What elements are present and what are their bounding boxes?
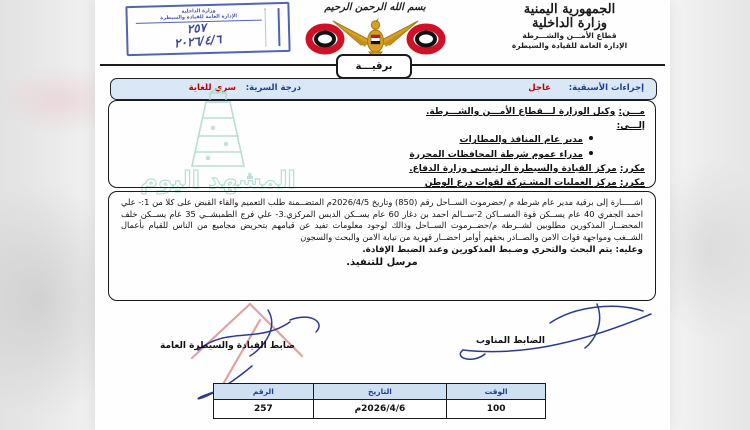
letterhead: الجمهورية اليمنية وزارة الداخلية قطاع ال… [477, 3, 662, 51]
to-item-label: مدير عام المنافذ والمطارات [460, 135, 583, 145]
registry-stamp: وزارة الداخلية الإدارة العامة للقيادة وا… [125, 2, 290, 56]
stamp-divider [264, 8, 280, 46]
letterhead-administration: الإدارة العامة للقيادة والسيطرة [477, 41, 662, 51]
letterhead-ministry: وزارة الداخلية [477, 17, 662, 31]
command-officer-title: ضابط القيادة والسيطرة العامة [160, 341, 295, 351]
duty-officer-title: الضابط المناوب [476, 336, 545, 346]
bullet-icon [589, 151, 593, 155]
col-date-header: التاريخ [313, 384, 447, 400]
col-number-header: الرقم [214, 384, 314, 400]
registry-table-row: 100 2026/4/6م 257 [214, 400, 546, 419]
cc-value: مركز العمليات المشـتركة لقوات درع الوطن [425, 178, 617, 188]
cc-label: مكرر: [620, 178, 645, 188]
cc-row: مكرر: مركز العمليات المشـتركة لقوات درع … [119, 176, 645, 190]
bullet-icon [589, 136, 593, 140]
cc-label: مكرر: [620, 164, 645, 174]
dispatch-line: مرسل للتنفيذ. [121, 257, 643, 268]
to-item-label: مدراء عموم شرطة المحافظات المحررة [409, 150, 583, 160]
letterhead-country: الجمهورية اليمنية [477, 3, 662, 17]
eagle-icon [333, 18, 418, 59]
number-value: 257 [214, 400, 314, 419]
body-paragraph: اشـــــارة إلى برقية مدير عام شرطة م /حض… [121, 197, 643, 243]
document-photo: وزارة الداخلية الإدارة العامة للقيادة وا… [0, 0, 750, 430]
to-row: إلـــى: [119, 119, 645, 133]
to-item: مدراء عموم شرطة المحافظات المحررة [119, 148, 645, 162]
doc-type-badge: برقيـــة [336, 54, 412, 79]
to-item: مدير عام المنافذ والمطارات [119, 133, 645, 147]
bismillah-text: بسم الله الرحمن الرحيم [300, 2, 450, 13]
precedence-value: عاجل [528, 83, 551, 93]
directive-line: وعليه: يتم البحث والتحري وضـبط المذكورين… [121, 245, 643, 255]
registry-table-header: الوقت التاريخ الرقم [214, 384, 546, 400]
letterhead-sector: قطاع الأمـــن والشـــرطة [477, 31, 662, 41]
to-label: إلـــى: [617, 121, 645, 131]
secrecy-value: سري للغاية [189, 83, 236, 93]
secrecy-label: درجة السرية: [246, 83, 301, 93]
time-value: 100 [447, 400, 546, 419]
date-value: 2026/4/6م [313, 400, 447, 419]
yemen-eagle-emblem [303, 13, 448, 59]
precedence-label: إجراءات الأسبقية: [569, 83, 644, 93]
cc-row: مكرر: مركز القيادة والسيطرة الرئيسـي وزا… [119, 162, 645, 176]
from-value: وكيل الوزارة لـــقطاع الأمـــن والشـــرط… [426, 107, 615, 117]
col-time-header: الوقت [447, 384, 546, 400]
registry-table: الوقت التاريخ الرقم 100 2026/4/6م 257 [213, 383, 546, 419]
addressing-box: مـــن: وكيل الوزارة لـــقطاع الأمـــن وا… [108, 100, 656, 188]
from-label: مـــن: [619, 107, 646, 117]
cc-value: مركز القيادة والسيطرة الرئيسـي وزارة الد… [409, 164, 616, 174]
from-row: مـــن: وكيل الوزارة لـــقطاع الأمـــن وا… [119, 105, 645, 119]
priority-bar: إجراءات الأسبقية: عاجل درجة السرية: سري … [110, 78, 657, 100]
body-box: اشـــــارة إلى برقية مدير عام شرطة م /حض… [108, 191, 656, 301]
